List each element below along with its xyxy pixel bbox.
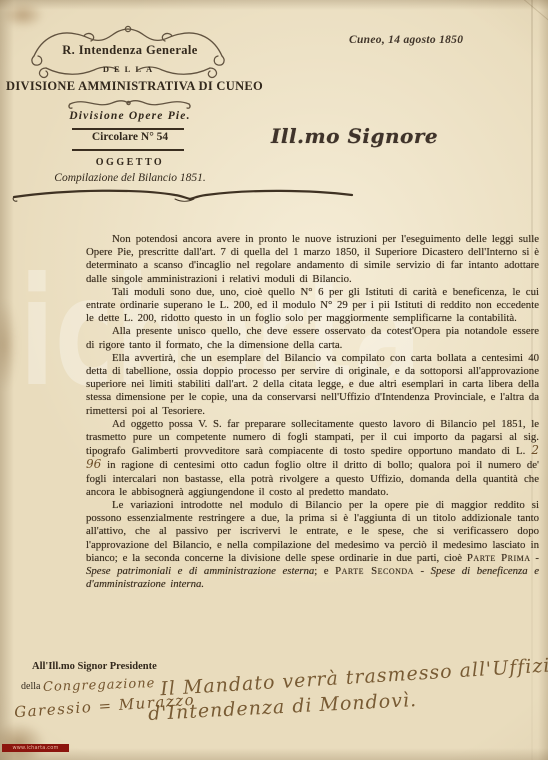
paper-stain-mid-left — [0, 300, 18, 390]
paragraph-text: in ragione di centesimi otto cadun fogli… — [86, 459, 539, 497]
parte-prima-label: Parte Prima — [467, 552, 531, 564]
scanned-document-page: icharta R. Intendenza Generale DELLA DIV… — [0, 0, 548, 760]
circular-number: Circolare N° 54 — [12, 131, 248, 143]
letterhead-rule-top — [72, 128, 184, 130]
paragraph-text: ; e — [314, 565, 335, 577]
body-paragraph-4: Ella avvertirà, che un esemplare del Bil… — [86, 352, 539, 418]
paper-stain-bottom-left — [0, 722, 46, 760]
paragraph-text: Ad oggetto possa V. S. far preparare sol… — [86, 418, 539, 457]
dateline: Cuneo, 14 agosto 1850 — [349, 34, 463, 46]
body-paragraph-2: Tali moduli sono due, uno, cioè quello N… — [86, 286, 539, 326]
paragraph-text: Non potendosi ancora avere in pronto le … — [86, 233, 539, 285]
body-paragraph-3: Alla presente unisco quello, che deve es… — [86, 325, 539, 351]
letterhead-office-title: R. Intendenza Generale — [12, 43, 248, 58]
body-paragraph-5: Ad oggetto possa V. S. far preparare sol… — [86, 418, 539, 499]
addressee-della: della — [21, 681, 40, 692]
paragraph-text: Ella avvertirà, che un esemplare del Bil… — [86, 352, 539, 417]
paragraph-text: Tali moduli sono due, uno, cioè quello N… — [86, 286, 539, 324]
dash: - — [531, 552, 539, 564]
letterhead-della: DELLA — [12, 64, 248, 74]
parte-seconda-label: Parte Seconda — [335, 565, 414, 577]
letter-body: Non potendosi ancora avere in pronto le … — [86, 233, 539, 591]
addressee-line-2: della Congregazione — [21, 678, 155, 693]
paragraph-text: Alla presente unisco quello, che deve es… — [86, 325, 539, 350]
letterhead-bureau-title: Divisione Opere Pie. — [12, 110, 248, 122]
letterhead-division-title: DIVISIONE AMMINISTRATIVA DI CUNEO — [6, 79, 254, 94]
body-paragraph-6: Le variazioni introdotte nel modulo di B… — [86, 499, 539, 591]
letterhead-swash-rule — [10, 186, 356, 204]
addressee-line-1: All'Ill.mo Signor Presidente — [32, 661, 157, 672]
subject-text: Compilazione del Bilancio 1851. — [2, 172, 258, 184]
salutation: Ill.mo Signore — [271, 124, 438, 148]
letterhead-rule-bottom — [72, 149, 184, 151]
paper-crease-top-right — [502, 0, 548, 40]
parte-prima-desc: Spese patrimoniali e di amministrazione … — [86, 565, 314, 577]
watermark-strip: www.icharta.com — [2, 744, 69, 752]
division-flourish-ornament — [67, 96, 193, 110]
subject-label: OGGETTO — [12, 157, 248, 168]
dash: - — [414, 565, 431, 577]
body-paragraph-1: Non potendosi ancora avere in pronto le … — [86, 233, 539, 286]
handwritten-congregation: Congregazione — [43, 676, 156, 695]
